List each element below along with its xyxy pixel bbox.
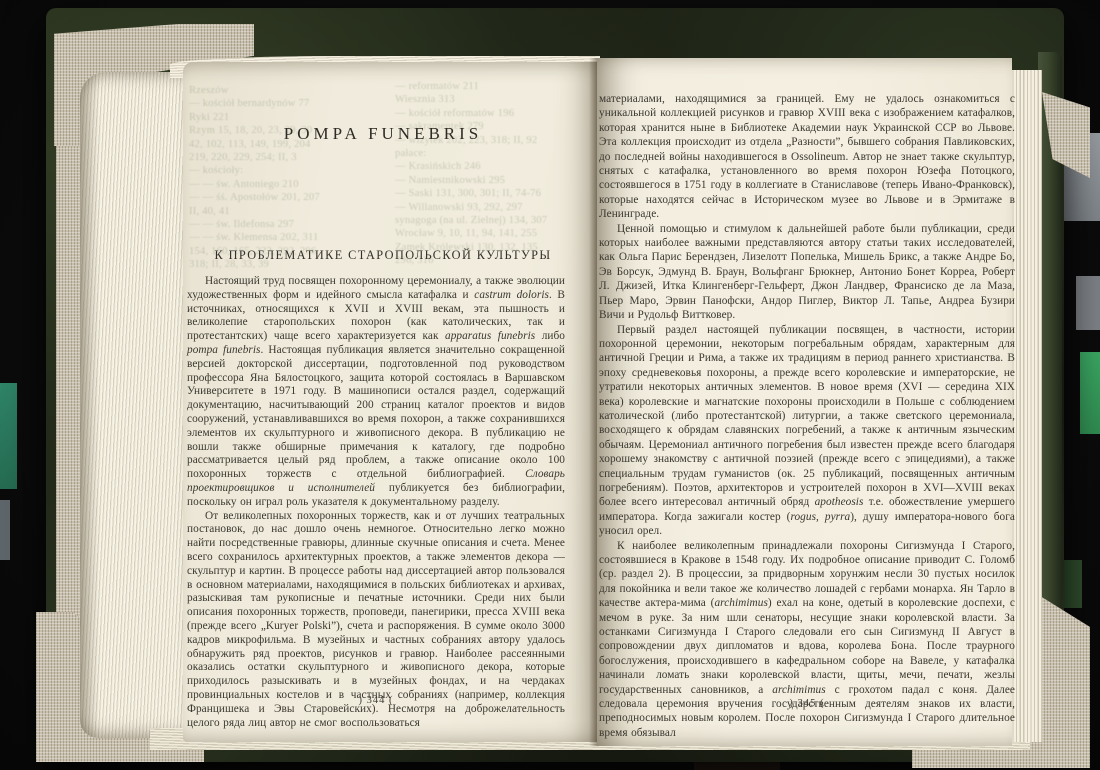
bleedthrough-line: — — śś. Apostołów 201, 207 [189,191,385,204]
paragraph: материалами, находящимися за границей. Е… [599,92,1015,222]
background-gray-object-mid-right [1076,276,1100,330]
paragraph: К наиболее великолепным принадлежали пох… [599,539,1015,741]
background-green-object-right [1080,352,1100,434]
bleedthrough-line: — — św. Antoniego 210 [189,178,385,191]
bleedthrough-line: pałace: [395,147,571,160]
background-teal-object [0,383,17,489]
chapter-heading: К ПРОБЛЕМАТИКЕ СТАРОПОЛЬСКОЙ КУЛЬТУРЫ [183,248,583,263]
paragraph: Ценной помощью и стимулом к дальнейшей р… [599,222,1015,323]
bleedthrough-line: — Krasińskich 246 [395,160,571,173]
bleedthrough-line: — — św. Klemensa 202, 311 [189,231,385,244]
page-title: POMPA FUNEBRIS [183,124,583,144]
bleedthrough-line: synagoga (na ul. Zielnej) 134, 307 [395,214,571,227]
page-number-right: ) 345 ( [597,698,1017,709]
page-number-left: ) 344 ( [183,695,569,706]
bleedthrough-line: — — św. Ildefonsa 297 [189,218,385,231]
bleedthrough-line: Wiesznia 313 [395,93,571,106]
photo-background: Rzeszów— kościół bernardynów 77Ryki 221R… [0,0,1100,770]
left-page: Rzeszów— kościół bernardynów 77Ryki 221R… [183,62,597,742]
background-gray-object-left [0,500,10,560]
bleedthrough-line: Rzeszów [189,84,385,97]
paragraph: Первый раздел настоящей публикации посвя… [599,323,1015,539]
bleedthrough-line: — Willanowski 93, 292, 297 [395,201,571,214]
bleedthrough-line: — kościół bernardynów 77 [189,97,385,110]
left-page-body-text: Настоящий труд посвящен похоронному цере… [187,275,565,730]
bleedthrough-line: II, 40, 41 [189,205,385,218]
right-page-body-text: материалами, находящимися за границей. Е… [599,92,1015,740]
bleedthrough-line: — Namiestnikowski 295 [395,174,571,187]
bleedthrough-line: Ryki 221 [189,111,385,124]
bleedthrough-line: — Saski 131, 300, 301; II, 74-76 [395,187,571,200]
bleedthrough-line: — kościoły: [189,164,385,177]
bleedthrough-line: — kościół reformatów 196 [395,107,571,120]
bleedthrough-line: — reformatów 211 [395,80,571,93]
bleedthrough-line: Wrocław 9, 10, 11, 94, 141, 255 [395,227,571,240]
fore-edge-page-stack [80,72,188,738]
paragraph: Настоящий труд посвящен похоронному цере… [187,275,565,510]
right-page: материалами, находящимися за границей. Е… [597,58,1012,746]
bleedthrough-line: 219, 220, 229, 254; II, 3 [189,151,385,164]
